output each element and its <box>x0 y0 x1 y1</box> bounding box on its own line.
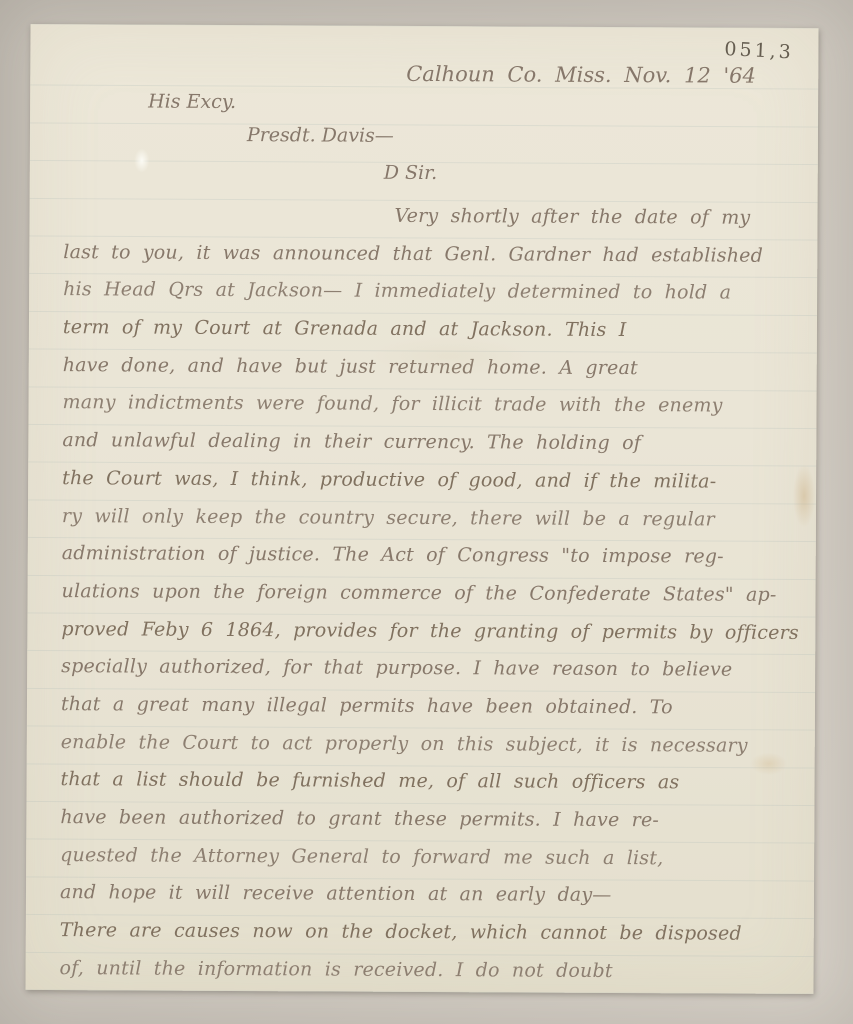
archival-number: 051,3 <box>724 38 794 63</box>
handwritten-line: have been authorized to grant these perm… <box>60 799 808 841</box>
salutation-name: Presdt. Davis— <box>247 124 394 147</box>
handwritten-line: enable the Court to act properly on this… <box>61 724 809 766</box>
handwritten-line: term of my Court at Grenada and at Jacks… <box>63 309 811 351</box>
handwritten-line: his Head Qrs at Jackson— I immediately d… <box>63 271 811 313</box>
handwritten-line: specially authorized, for that purpose. … <box>61 648 809 690</box>
letter-paper: 051,3 Calhoun Co. Miss. Nov. 12 '64 His … <box>25 24 818 994</box>
salutation-addressee: His Excy. <box>148 91 236 113</box>
handwritten-line: last to you, it was announced that Genl.… <box>63 234 811 276</box>
handwritten-line: and unlawful dealing in their currency. … <box>62 422 810 464</box>
handwritten-line: Very shortly after the date of my <box>63 196 811 238</box>
handwritten-line: have done, and have but just returned ho… <box>63 347 811 389</box>
handwritten-line: ry will only keep the country secure, th… <box>62 498 810 540</box>
dateline: Calhoun Co. Miss. Nov. 12 '64 <box>406 62 756 88</box>
handwritten-line: administration of justice. The Act of Co… <box>62 535 810 577</box>
handwritten-line: ulations upon the foreign commerce of th… <box>61 573 809 615</box>
handwritten-line: many indictments were found, for illicit… <box>62 385 810 427</box>
handwritten-line: the Court was, I think, productive of go… <box>62 460 810 502</box>
handwritten-line: and hope it will receive attention at an… <box>60 874 808 916</box>
photo-background: 051,3 Calhoun Co. Miss. Nov. 12 '64 His … <box>0 0 853 1024</box>
handwritten-line: proved Feby 6 1864, provides for the gra… <box>61 611 809 653</box>
salutation-greeting: D Sir. <box>384 162 438 184</box>
handwritten-line: that a list should be furnished me, of a… <box>60 761 808 803</box>
letter-body: Very shortly after the date of my last t… <box>59 196 811 991</box>
handwritten-line: of, until the information is received. I… <box>59 950 807 992</box>
handwritten-line: quested the Attorney General to forward … <box>60 837 808 879</box>
handwritten-line: There are causes now on the docket, whic… <box>60 912 808 954</box>
handwritten-line: that a great many illegal permits have b… <box>61 686 809 728</box>
